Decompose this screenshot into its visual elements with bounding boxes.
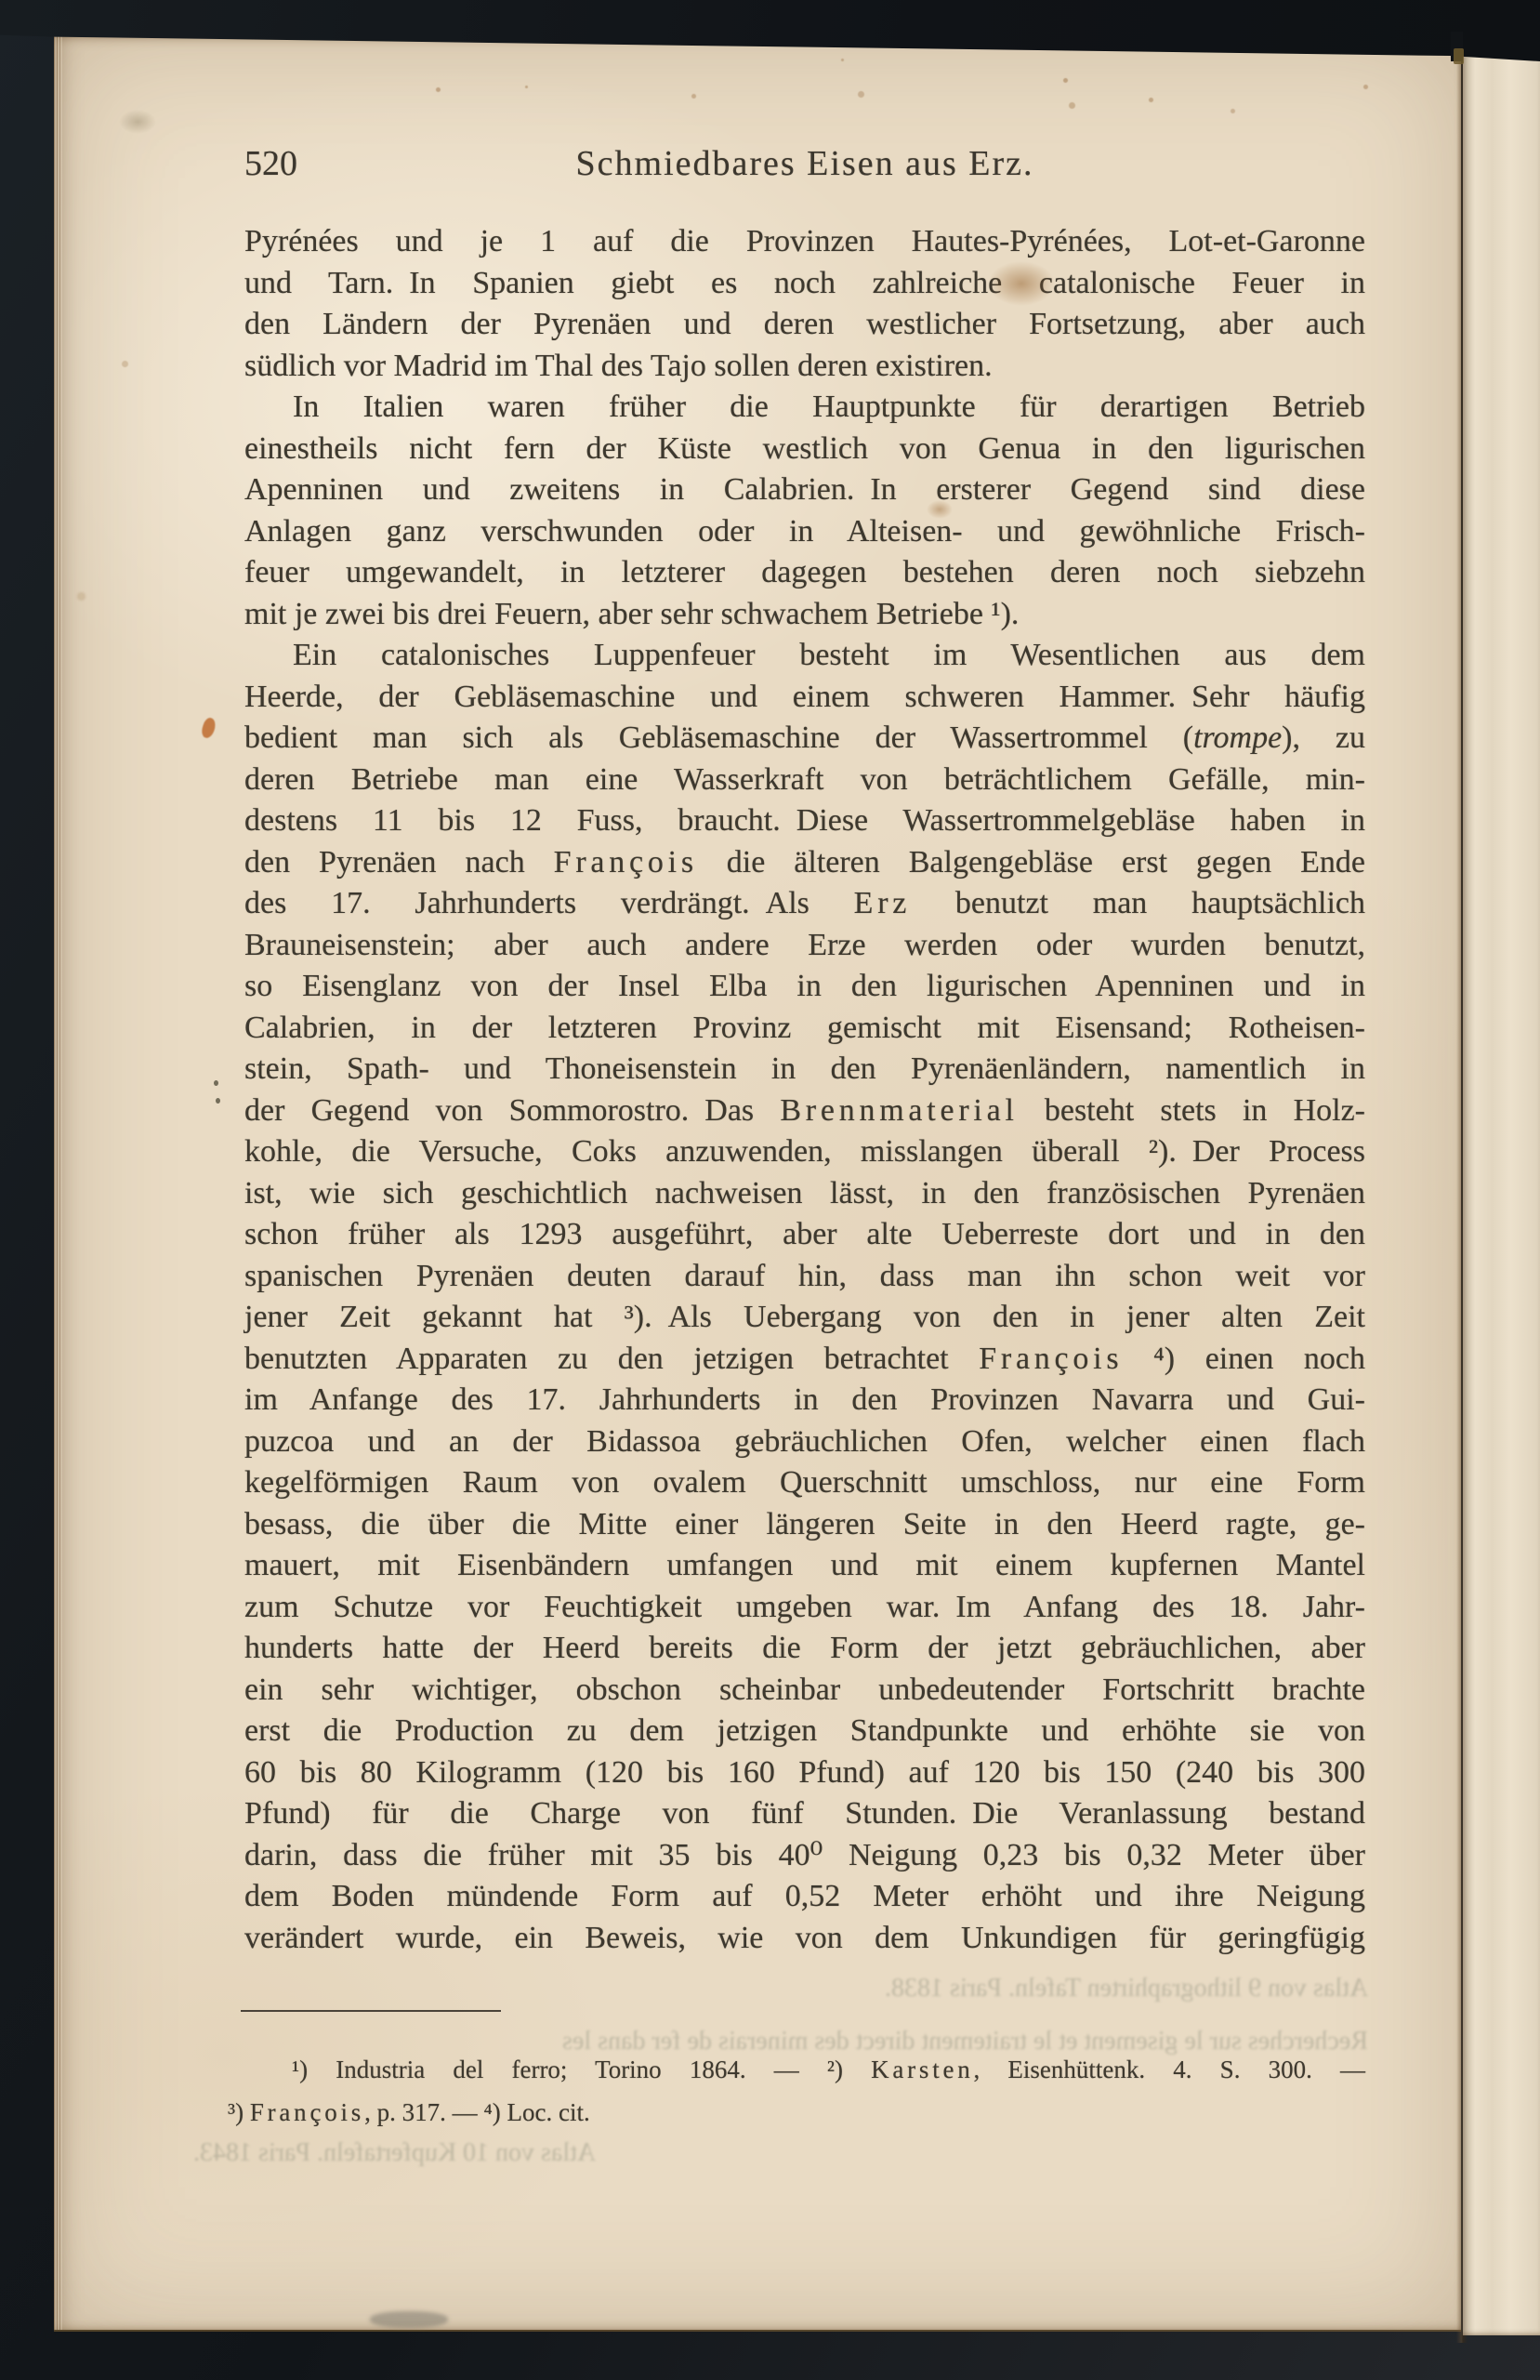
ink-dot bbox=[214, 1080, 218, 1086]
text-line: südlich vor Madrid im Thal des Tajo soll… bbox=[244, 346, 1365, 388]
text-line: ein sehr wichtiger, obschon scheinbar un… bbox=[244, 1670, 1365, 1712]
text-line: ³) François, p. 317. — ⁴) Loc. cit. bbox=[228, 2091, 1365, 2134]
text-line: puzcoa und an der Bidassoa gebräuchliche… bbox=[244, 1421, 1365, 1463]
text-line: im Anfange des 17. Jahrhunderts in den P… bbox=[244, 1380, 1365, 1421]
text-line: deren Betriebe man eine Wasserkraft von … bbox=[244, 760, 1365, 801]
text-line: spanischen Pyrenäen deuten darauf hin, d… bbox=[244, 1256, 1365, 1298]
body-text: Pyrénées und je 1 auf die Provinzen Haut… bbox=[244, 221, 1365, 1959]
text-line: kohle, die Versuche, Coks anzuwenden, mi… bbox=[244, 1131, 1365, 1173]
page-fore-edge bbox=[54, 35, 62, 2330]
text-line: Pfund) für die Charge von fünf Stunden. … bbox=[244, 1793, 1365, 1835]
ghost-text: Atlas von 9 lithographirten Tafeln. Pari… bbox=[885, 1974, 1368, 2003]
text-line: der Gegend von Sommorostro. Das Brennmat… bbox=[244, 1091, 1365, 1132]
text-line: Calabrien, in der letzteren Provinz gemi… bbox=[244, 1008, 1365, 1050]
text-line: 60 bis 80 Kilogramm (120 bis 160 Pfund) … bbox=[244, 1752, 1365, 1794]
text-line: jener Zeit gekannt hat ³). Als Uebergang… bbox=[244, 1297, 1365, 1339]
text-line: mit je zwei bis drei Feuern, aber sehr s… bbox=[244, 594, 1365, 636]
text-line: des 17. Jahrhunderts verdrängt. Als Erz … bbox=[244, 883, 1365, 925]
text-line: besass, die über die Mitte einer längere… bbox=[244, 1504, 1365, 1546]
text-line: bedient man sich als Gebläsemaschine der… bbox=[244, 718, 1365, 760]
text-line: schon früher als 1293 ausgeführt, aber a… bbox=[244, 1214, 1365, 1256]
text-line: den Pyrenäen nach François die älteren B… bbox=[244, 842, 1365, 884]
text-line: stein, Spath- und Thoneisenstein in den … bbox=[244, 1049, 1365, 1091]
book-page: 520 Schmiedbares Eisen aus Erz. Pyrénées… bbox=[54, 35, 1461, 2330]
text-line: In Italien waren früher die Hauptpunkte … bbox=[244, 387, 1365, 429]
text-line: hunderts hatte der Heerd bereits die For… bbox=[244, 1628, 1365, 1670]
text-line: destens 11 bis 12 Fuss, braucht. Diese W… bbox=[244, 800, 1365, 842]
running-header: Schmiedbares Eisen aus Erz. bbox=[244, 143, 1365, 184]
text-line: und Tarn. In Spanien giebt es noch zahlr… bbox=[244, 263, 1365, 305]
text-line: ist, wie sich geschichtlich nachweisen l… bbox=[244, 1173, 1365, 1215]
text-line: einestheils nicht fern der Küste westlic… bbox=[244, 429, 1365, 470]
text-line: Anlagen ganz verschwunden oder in Alteis… bbox=[244, 511, 1365, 553]
text-line: Apenninen und zweitens in Calabrien. In … bbox=[244, 469, 1365, 511]
next-page-edge bbox=[1463, 52, 1540, 2335]
text-line: kegelförmigen Raum von ovalem Querschnit… bbox=[244, 1462, 1365, 1504]
text-line: benutzten Apparaten zu den jetzigen betr… bbox=[244, 1339, 1365, 1381]
text-line: erst die Production zu dem jetzigen Stan… bbox=[244, 1711, 1365, 1752]
text-line: dem Boden mündende Form auf 0,52 Meter e… bbox=[244, 1876, 1365, 1918]
text-line: Ein catalonisches Luppenfeuer besteht im… bbox=[244, 635, 1365, 677]
fold-stain bbox=[1454, 48, 1464, 64]
text-line: verändert wurde, ein Beweis, wie von dem… bbox=[244, 1918, 1365, 1960]
text-line: mauert, mit Eisenbändern umfangen und mi… bbox=[244, 1545, 1365, 1587]
text-line: Pyrénées und je 1 auf die Provinzen Haut… bbox=[244, 221, 1365, 263]
text-line: Heerde, der Gebläsemaschine und einem sc… bbox=[244, 677, 1365, 719]
text-line: zum Schutze vor Feuchtigkeit umgeben war… bbox=[244, 1587, 1365, 1629]
text-line: Brauneisenstein; aber auch andere Erze w… bbox=[244, 925, 1365, 967]
text-line: darin, dass die früher mit 35 bis 40⁰ Ne… bbox=[244, 1835, 1365, 1877]
footnote-rule bbox=[241, 2010, 501, 2012]
text-line: so Eisenglanz von der Insel Elba in den … bbox=[244, 966, 1365, 1008]
ink-dot bbox=[216, 1098, 220, 1104]
text-line: den Ländern der Pyrenäen und deren westl… bbox=[244, 304, 1365, 346]
text-line: feuer umgewandelt, in letzterer dagegen … bbox=[244, 552, 1365, 594]
book-scan: 520 Schmiedbares Eisen aus Erz. Pyrénées… bbox=[0, 0, 1540, 2380]
ghost-text: Atlas von 10 Kupfertafeln. Paris 1843. bbox=[193, 2138, 596, 2168]
text-line: ¹) Industria del ferro; Torino 1864. — ²… bbox=[228, 2048, 1365, 2091]
footnotes: ¹) Industria del ferro; Torino 1864. — ²… bbox=[228, 2048, 1365, 2134]
